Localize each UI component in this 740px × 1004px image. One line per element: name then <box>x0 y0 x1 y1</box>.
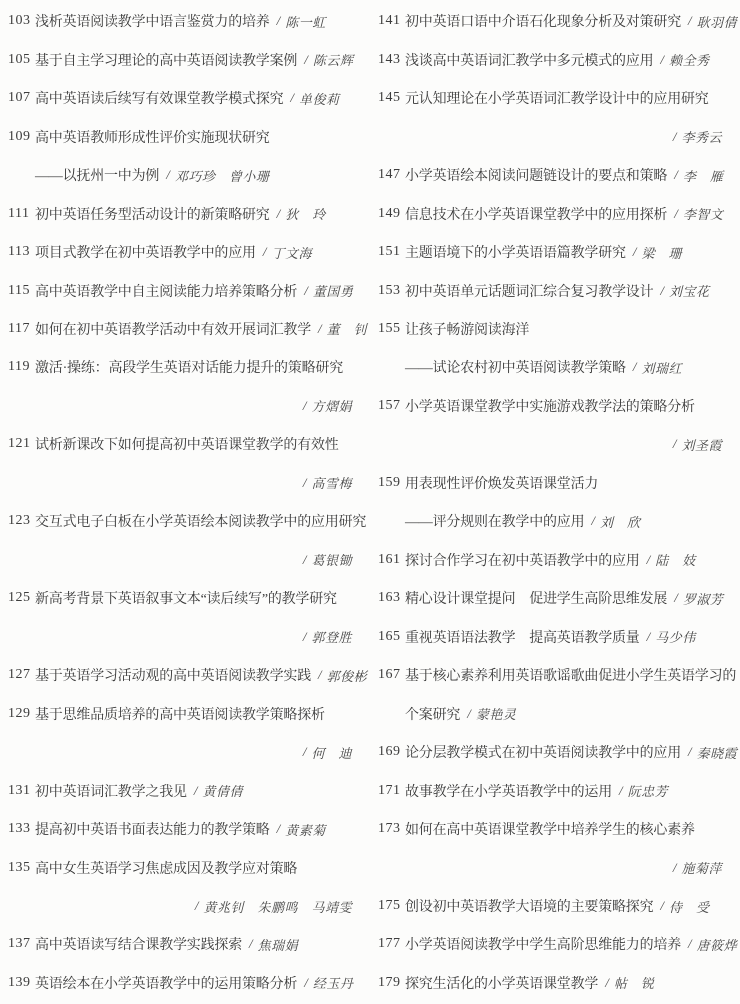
entry-title: 初中英语单元话题词汇综合复习教学设计 <box>405 281 653 301</box>
entry-subtitle: 个案研究 <box>405 704 460 724</box>
page-number: 103 <box>8 13 35 29</box>
page-number: 109 <box>8 129 35 145</box>
entry-title: 高中英语教师形成性评价实施现状研究 <box>35 127 270 147</box>
entry-title: 如何在高中英语课堂教学中培养学生的核心素养 <box>405 819 695 839</box>
toc-author-line: /何 迪 <box>8 733 370 771</box>
page-number: 135 <box>8 860 35 876</box>
toc-entry: 115高中英语教学中自主阅读能力培养策略分析/董国勇 <box>8 271 370 309</box>
toc-entry: 163精心设计课堂提问 促进学生高阶思维发展/罗淑芳 <box>378 579 740 617</box>
entry-author: 李秀云 <box>681 127 722 146</box>
author-separator-slash: / <box>166 167 170 183</box>
entry-title: 试析新课改下如何提高初中英语课堂教学的有效性 <box>35 434 339 454</box>
entry-author: 郭登胜 <box>311 627 352 646</box>
entry-title: 小学英语阅读教学中学生高阶思维能力的培养 <box>405 934 681 954</box>
entry-author: 阮忠芳 <box>628 781 669 800</box>
toc-entry: 111初中英语任务型活动设计的新策略研究/狄 玲 <box>8 194 370 232</box>
toc-entry: 151主题语境下的小学英语语篇教学研究/梁 珊 <box>378 233 740 271</box>
toc-continuation-line: ——评分规则在教学中的应用/刘 欣 <box>378 502 740 540</box>
page-number: 133 <box>8 821 35 837</box>
entry-author: 蒙艳灵 <box>476 704 517 723</box>
author-separator-slash: / <box>318 321 322 337</box>
entry-title: 精心设计课堂提问 促进学生高阶思维发展 <box>405 588 667 608</box>
toc-entry: 161探讨合作学习在初中英语教学中的应用/陆 妓 <box>378 541 740 579</box>
author-separator-slash: / <box>195 898 199 914</box>
entry-author: 侍 受 <box>669 897 710 916</box>
page-number: 175 <box>378 898 405 914</box>
entry-author: 陈一虹 <box>285 12 326 31</box>
entry-author: 刘圣霞 <box>681 435 722 454</box>
entry-author: 耿羽倩 <box>697 12 738 31</box>
entry-title: 高中英语读后续写有效课堂教学模式探究 <box>35 88 283 108</box>
author-separator-slash: / <box>674 206 678 222</box>
toc-entry: 131初中英语词汇教学之我见/黄倩倩 <box>8 771 370 809</box>
entry-title: 基于自主学习理论的高中英语阅读教学案例 <box>35 50 297 70</box>
author-separator-slash: / <box>605 975 609 991</box>
toc-column-left: 103浅析英语阅读教学中语言鉴赏力的培养/陈一虹105基于自主学习理论的高中英语… <box>0 2 370 1002</box>
entry-title: 信息技术在小学英语课堂教学中的应用探析 <box>405 204 667 224</box>
entry-author: 施菊萍 <box>681 858 722 877</box>
page-number: 169 <box>378 744 405 760</box>
toc-entry: 135高中女生英语学习焦虑成因及教学应对策略 <box>8 848 370 886</box>
author-separator-slash: / <box>303 744 307 760</box>
author-separator-slash: / <box>633 359 637 375</box>
toc-continuation-line: ——试论农村初中英语阅读教学策略/刘瑞红 <box>378 348 740 386</box>
entry-author: 黄素菊 <box>285 820 326 839</box>
toc-entry: 167基于核心素养利用英语歌谣歌曲促进小学生英语学习的 <box>378 656 740 694</box>
toc-entry: 103浅析英语阅读教学中语言鉴赏力的培养/陈一虹 <box>8 2 370 40</box>
toc-column-right: 141初中英语口语中介语石化现象分析及对策研究/耿羽倩143浅谈高中英语词汇教学… <box>370 2 740 1002</box>
toc-continuation-line: 个案研究/蒙艳灵 <box>378 694 740 732</box>
entry-author: 高雪梅 <box>311 473 352 492</box>
entry-title: 元认知理论在小学英语词汇教学设计中的应用研究 <box>405 88 709 108</box>
page-number: 171 <box>378 783 405 799</box>
author-separator-slash: / <box>303 552 307 568</box>
page-number: 155 <box>378 321 405 337</box>
toc-entry: 125新高考背景下英语叙事文本“读后续写”的教学研究 <box>8 579 370 617</box>
entry-title: 提高初中英语书面表达能力的教学策略 <box>35 819 270 839</box>
page-number: 117 <box>8 321 35 337</box>
page-number: 105 <box>8 52 35 68</box>
toc-entry: 117如何在初中英语教学活动中有效开展词汇教学/董 钊 <box>8 310 370 348</box>
entry-title: 新高考背景下英语叙事文本“读后续写”的教学研究 <box>35 588 337 608</box>
entry-title: 高中英语教学中自主阅读能力培养策略分析 <box>35 281 297 301</box>
toc-entry: 145元认知理论在小学英语词汇教学设计中的应用研究 <box>378 79 740 117</box>
toc-entry: 121试析新课改下如何提高初中英语课堂教学的有效性 <box>8 425 370 463</box>
author-separator-slash: / <box>304 283 308 299</box>
toc-author-line: /黄兆钊 朱鹏鸣 马靖雯 <box>8 887 370 925</box>
toc-entry: 133提高初中英语书面表达能力的教学策略/黄素菊 <box>8 810 370 848</box>
toc-author-line: /郭登胜 <box>8 618 370 656</box>
page-number: 129 <box>8 706 35 722</box>
entry-author: 葛银锄 <box>311 550 352 569</box>
entry-title: 让孩子畅游阅读海洋 <box>405 319 529 339</box>
entry-author: 董国勇 <box>313 281 354 300</box>
page-number: 153 <box>378 283 405 299</box>
page-number: 123 <box>8 513 35 529</box>
toc-entry: 153初中英语单元话题词汇综合复习教学设计/刘宝花 <box>378 271 740 309</box>
page-number: 111 <box>8 206 35 222</box>
page-number: 173 <box>378 821 405 837</box>
entry-author: 李 雁 <box>683 166 724 185</box>
toc-entry: 157小学英语课堂教学中实施游戏教学法的策略分析 <box>378 387 740 425</box>
author-separator-slash: / <box>303 629 307 645</box>
author-separator-slash: / <box>591 513 595 529</box>
toc-entry: 175创设初中英语教学大语境的主要策略探究/侍 受 <box>378 887 740 925</box>
page-number: 121 <box>8 436 35 452</box>
entry-author: 刘瑞红 <box>641 358 682 377</box>
entry-author: 刘宝花 <box>669 281 710 300</box>
entry-title: 交互式电子白板在小学英语绘本阅读教学中的应用研究 <box>35 511 366 531</box>
page-number: 113 <box>8 244 35 260</box>
author-separator-slash: / <box>304 975 308 991</box>
entry-author: 赖全秀 <box>669 50 710 69</box>
page-number: 159 <box>378 475 405 491</box>
author-separator-slash: / <box>619 783 623 799</box>
toc-entry: 159用表现性评价焕发英语课堂活力 <box>378 464 740 502</box>
entry-title: 高中英语读写结合课教学实践探索 <box>35 934 242 954</box>
entry-author: 黄倩倩 <box>202 781 243 800</box>
entry-title: 基于思维品质培养的高中英语阅读教学策略探析 <box>35 704 325 724</box>
entry-subtitle: ——评分规则在教学中的应用 <box>405 511 584 531</box>
toc-author-line: /高雪梅 <box>8 464 370 502</box>
toc-entry: 169论分层教学模式在初中英语阅读教学中的应用/秦晓霞 <box>378 733 740 771</box>
entry-author: 马少伟 <box>655 627 696 646</box>
entry-author: 秦晓霞 <box>697 743 738 762</box>
toc-continuation-line: ——以抚州一中为例/邓巧珍 曾小珊 <box>8 156 370 194</box>
page-number: 145 <box>378 90 405 106</box>
toc-entry: 123交互式电子白板在小学英语绘本阅读教学中的应用研究 <box>8 502 370 540</box>
entry-title: 英语绘本在小学英语教学中的运用策略分析 <box>35 973 297 993</box>
entry-title: 初中英语词汇教学之我见 <box>35 781 187 801</box>
page-number: 161 <box>378 552 405 568</box>
toc-entry: 119激活·操练：高段学生英语对话能力提升的策略研究 <box>8 348 370 386</box>
page-number: 141 <box>378 13 405 29</box>
entry-author: 经玉丹 <box>313 973 354 992</box>
author-separator-slash: / <box>647 629 651 645</box>
entry-title: 初中英语口语中介语石化现象分析及对策研究 <box>405 11 681 31</box>
toc-author-line: /葛银锄 <box>8 541 370 579</box>
entry-author: 董 钊 <box>327 319 368 338</box>
toc-entry: 171故事教学在小学英语教学中的运用/阮忠芳 <box>378 771 740 809</box>
entry-title: 故事教学在小学英语教学中的运用 <box>405 781 612 801</box>
author-separator-slash: / <box>688 936 692 952</box>
author-separator-slash: / <box>673 129 677 145</box>
toc-entry: 143浅谈高中英语词汇教学中多元模式的应用/赖全秀 <box>378 40 740 78</box>
author-separator-slash: / <box>674 167 678 183</box>
page-number: 167 <box>378 667 405 683</box>
entry-author: 罗淑芳 <box>683 589 724 608</box>
toc-entry: 165重视英语语法教学 提高英语教学质量/马少伟 <box>378 618 740 656</box>
author-separator-slash: / <box>660 898 664 914</box>
toc-author-line: /施菊萍 <box>378 848 740 886</box>
toc-entry: 113项目式教学在初中英语教学中的应用/丁文海 <box>8 233 370 271</box>
page-number: 179 <box>378 975 405 991</box>
author-separator-slash: / <box>467 706 471 722</box>
entry-author: 李智文 <box>683 204 724 223</box>
page-number: 131 <box>8 783 35 799</box>
author-separator-slash: / <box>673 860 677 876</box>
toc-entry: 127基于英语学习活动观的高中英语阅读教学实践/郭俊彬 <box>8 656 370 694</box>
author-separator-slash: / <box>304 52 308 68</box>
entry-author: 陈云辉 <box>313 50 354 69</box>
toc-entry: 105基于自主学习理论的高中英语阅读教学案例/陈云辉 <box>8 40 370 78</box>
entry-author: 黄兆钊 朱鹏鸣 马靖雯 <box>203 897 352 916</box>
page-number: 163 <box>378 590 405 606</box>
page-number: 139 <box>8 975 35 991</box>
page-number: 137 <box>8 936 35 952</box>
page-number: 147 <box>378 167 405 183</box>
entry-title: 基于核心素养利用英语歌谣歌曲促进小学生英语学习的 <box>405 665 736 685</box>
author-separator-slash: / <box>633 244 637 260</box>
author-separator-slash: / <box>263 244 267 260</box>
page-number: 107 <box>8 90 35 106</box>
toc-entry: 149信息技术在小学英语课堂教学中的应用探析/李智文 <box>378 194 740 232</box>
entry-author: 单俊莉 <box>299 89 340 108</box>
page-number: 119 <box>8 359 35 375</box>
entry-subtitle: ——以抚州一中为例 <box>35 165 159 185</box>
entry-title: 项目式教学在初中英语教学中的应用 <box>35 242 256 262</box>
toc-entry: 177小学英语阅读教学中学生高阶思维能力的培养/唐筱烨 <box>378 925 740 963</box>
toc-entry: 137高中英语读写结合课教学实践探索/焦瑞娟 <box>8 925 370 963</box>
toc-entry: 147小学英语绘本阅读问题链设计的要点和策略/李 雁 <box>378 156 740 194</box>
toc-entry: 129基于思维品质培养的高中英语阅读教学策略探析 <box>8 694 370 732</box>
entry-author: 丁文海 <box>271 243 312 262</box>
entry-title: 重视英语语法教学 提高英语教学质量 <box>405 627 640 647</box>
author-separator-slash: / <box>303 398 307 414</box>
entry-author: 方熠娟 <box>311 396 352 415</box>
toc-entry: 107高中英语读后续写有效课堂教学模式探究/单俊莉 <box>8 79 370 117</box>
toc-entry: 155让孩子畅游阅读海洋 <box>378 310 740 348</box>
toc-page: 103浅析英语阅读教学中语言鉴赏力的培养/陈一虹105基于自主学习理论的高中英语… <box>0 0 740 1004</box>
entry-title: 激活·操练：高段学生英语对话能力提升的策略研究 <box>35 357 343 377</box>
entry-author: 何 迪 <box>311 743 352 762</box>
page-number: 165 <box>378 629 405 645</box>
entry-title: 创设初中英语教学大语境的主要策略探究 <box>405 896 653 916</box>
author-separator-slash: / <box>277 821 281 837</box>
entry-title: 浅析英语阅读教学中语言鉴赏力的培养 <box>35 11 270 31</box>
author-separator-slash: / <box>290 90 294 106</box>
entry-author: 唐筱烨 <box>697 935 738 954</box>
author-separator-slash: / <box>688 13 692 29</box>
entry-title: 论分层教学模式在初中英语阅读教学中的应用 <box>405 742 681 762</box>
entry-title: 浅谈高中英语词汇教学中多元模式的应用 <box>405 50 653 70</box>
author-separator-slash: / <box>674 590 678 606</box>
page-number: 143 <box>378 52 405 68</box>
entry-title: 探讨合作学习在初中英语教学中的应用 <box>405 550 640 570</box>
page-number: 125 <box>8 590 35 606</box>
toc-entry: 139英语绘本在小学英语教学中的运用策略分析/经玉丹 <box>8 964 370 1002</box>
toc-author-line: /刘圣霞 <box>378 425 740 463</box>
entry-title: 基于英语学习活动观的高中英语阅读教学实践 <box>35 665 311 685</box>
toc-entry: 109高中英语教师形成性评价实施现状研究 <box>8 117 370 155</box>
entry-author: 刘 欣 <box>600 512 641 531</box>
entry-title: 高中女生英语学习焦虑成因及教学应对策略 <box>35 858 297 878</box>
page-number: 177 <box>378 936 405 952</box>
toc-author-line: /李秀云 <box>378 117 740 155</box>
entry-title: 小学英语课堂教学中实施游戏教学法的策略分析 <box>405 396 695 416</box>
author-separator-slash: / <box>194 783 198 799</box>
entry-title: 用表现性评价焕发英语课堂活力 <box>405 473 598 493</box>
entry-author: 邓巧珍 曾小珊 <box>175 166 270 185</box>
page-number: 157 <box>378 398 405 414</box>
author-separator-slash: / <box>277 206 281 222</box>
entry-title: 初中英语任务型活动设计的新策略研究 <box>35 204 270 224</box>
author-separator-slash: / <box>318 667 322 683</box>
entry-title: 如何在初中英语教学活动中有效开展词汇教学 <box>35 319 311 339</box>
toc-entry: 141初中英语口语中介语石化现象分析及对策研究/耿羽倩 <box>378 2 740 40</box>
page-number: 149 <box>378 206 405 222</box>
page-number: 115 <box>8 283 35 299</box>
entry-title: 小学英语绘本阅读问题链设计的要点和策略 <box>405 165 667 185</box>
author-separator-slash: / <box>303 475 307 491</box>
entry-author: 梁 珊 <box>641 243 682 262</box>
entry-title: 主题语境下的小学英语语篇教学研究 <box>405 242 626 262</box>
toc-entry: 173如何在高中英语课堂教学中培养学生的核心素养 <box>378 810 740 848</box>
entry-subtitle: ——试论农村初中英语阅读教学策略 <box>405 357 626 377</box>
author-separator-slash: / <box>660 283 664 299</box>
entry-author: 狄 玲 <box>285 204 326 223</box>
entry-author: 焦瑞娟 <box>258 935 299 954</box>
entry-author: 帖 锐 <box>614 973 655 992</box>
author-separator-slash: / <box>688 744 692 760</box>
author-separator-slash: / <box>660 52 664 68</box>
author-separator-slash: / <box>249 936 253 952</box>
author-separator-slash: / <box>673 436 677 452</box>
author-separator-slash: / <box>647 552 651 568</box>
toc-author-line: /方熠娟 <box>8 387 370 425</box>
page-number: 151 <box>378 244 405 260</box>
entry-author: 陆 妓 <box>655 550 696 569</box>
toc-entry: 179探究生活化的小学英语课堂教学/帖 锐 <box>378 964 740 1002</box>
entry-title: 探究生活化的小学英语课堂教学 <box>405 973 598 993</box>
entry-author: 郭俊彬 <box>327 666 368 685</box>
page-number: 127 <box>8 667 35 683</box>
author-separator-slash: / <box>277 13 281 29</box>
